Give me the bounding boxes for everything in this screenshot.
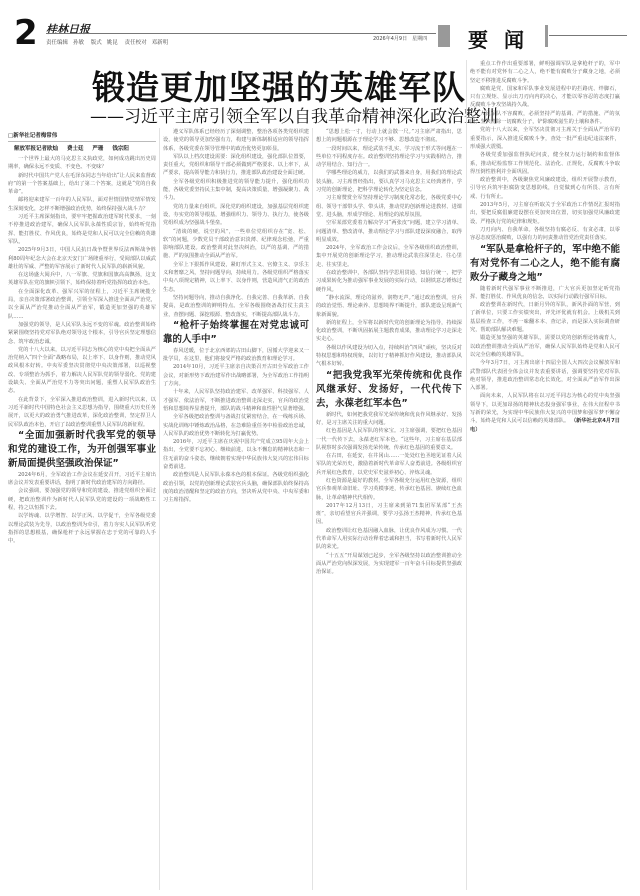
- paragraph: 在古田，在延安，在井冈山……一处处红色圣地见证着人民军队的光荣历史，激励着新时代…: [316, 452, 462, 477]
- paragraph: 政治整训中，各级聚焦党风廉政建设，组织开展警示教育，引导官兵筑牢拒腐防变思想防线…: [470, 176, 620, 201]
- paragraph: 2016年，习近平主席在庆祝中国共产党成立95周年大会上指出，全党要不忘初心、继…: [163, 438, 309, 471]
- paragraph: 遵义军队体系已经经历了深刻调整，整治各项各类党组织建设，使党的领导更加坚强有力，…: [163, 128, 309, 153]
- paragraph: 党的十八大以来，以习近平同志为核心的党中央把全面从严治党纳入“四个全面”战略布局…: [8, 346, 156, 396]
- byline-agency: □新华社记者梅常伟: [8, 131, 57, 139]
- paragraph: 十年来，人民军队坚持政治建军、改革强军、科技强军、人才强军、依法治军，不断推进政…: [163, 388, 309, 413]
- paragraph: 随着新时代强军事业不断推进，广大官兵更加坚定听党指挥、能打胜仗、作风优良的信念，…: [470, 285, 620, 302]
- paragraph: 党的十八大以来，全军坚决贯彻习主席关于全面从严治军的重要指示，深入推进反腐败斗争…: [470, 126, 620, 151]
- paragraph: 红色基因是人民军队的传家宝。习主席强调，要把红色基因一代一代传下去，永葆老红军本…: [316, 427, 462, 452]
- article-column-2: 遵义军队体系已经经历了深刻调整，整治各项各类党组织建设，使党的领导更加坚强有力，…: [163, 128, 309, 890]
- paragraph: 习近平主席深刻指出，要牢牢把握政治建军时代要求，一刻不停推进政治建军，确保人民军…: [8, 213, 156, 246]
- article-subheadline: ——习近平主席引领全军以自我革命精神深化政治整训: [90, 102, 498, 127]
- section-subheading: “全面加强新时代我军党的领导和党的建设工作，为开创强军事业新局面提供坚强政治保证…: [8, 429, 156, 471]
- paragraph: 新的征程上，全军将以新时代党的创新理论为指导，持续深化政治整训，不断巩固拓展主题…: [316, 319, 462, 344]
- paragraph: 全军上下狠抓作风建设，紧盯形式主义、官僚主义、享乐主义和奢靡之风，坚持问题导向，…: [163, 261, 309, 294]
- paragraph: 坚持问题导向，推动自我净化、自我完善、自我革新、自我提高，是政治整训的鲜明特点。…: [163, 294, 309, 319]
- staff-name: 邓新明: [152, 40, 169, 46]
- paragraph: 会议强调，要加强党的领导和党的建设，推进党组织全面过硬，把政治整训作为新时代人民…: [8, 487, 156, 512]
- staff-role: 责任编辑: [46, 40, 68, 46]
- paragraph: 新时代，如何把我党我军光荣传统和优良作风继承好、发扬好，是习主席关注的重大问题。: [316, 411, 462, 428]
- paragraph: 政治整训是人民军队永葆本色的根本保证。各级党组织强化政治引领，以党的创新理论武装…: [163, 471, 309, 504]
- paragraph: 各级党委加强监督执纪问责，健全权力运行制约和监督体系，推动纪检监察工作规范化、法…: [470, 151, 620, 176]
- byline-rule: [8, 141, 156, 142]
- paragraph: 以学铸魂、以学增智、以学正风、以学促干，全军各级党委以理论武装为先导，以政治整训…: [8, 512, 156, 545]
- header-rule: [46, 33, 436, 34]
- article-column-3: “思想上松一寸，行动上就会散一尺。”习主席严肃指出，思想上的问题根源在于理论学习…: [316, 128, 462, 890]
- column-divider: [466, 60, 467, 890]
- page-number: 2: [14, 18, 38, 48]
- paragraph: 一个世界上最大的马克思主义执政党，如何成功跳出历史周期率，确保永远不变质、不变色…: [8, 155, 156, 172]
- paragraph: 锻造更加坚强的英雄军队，需要以党的创新理论铸魂育人，以政治整训推动全面从严治军，…: [470, 334, 620, 359]
- newspaper-logo: 桂林日报: [46, 21, 90, 37]
- section-marker-right: [545, 25, 548, 47]
- reporter: 严珊: [92, 146, 103, 152]
- paragraph: “十五五”开局谋划已起步，全军各级坚持以政治整训推动全面从严治党向纵深发展，为实…: [316, 552, 462, 577]
- paragraph: 春风送暖，位于北京西郊的古田山脚下，因循大学迎来又一批学员，在这里，他们将接受严…: [163, 347, 309, 364]
- paragraph: 空军某部党委着力解决学习“两张皮”问题，建立学习清单、问题清单、整改清单，推动理…: [316, 219, 462, 244]
- section-subheading: “军队是拿枪杆子的，军中绝不能有对党怀有二心之人，绝不能有腐败分子藏身之地”: [470, 243, 620, 285]
- paragraph: 面向未来，人民军队将在以习近平同志为核心的党中央坚强领导下，以更加昂扬的精神状态…: [470, 392, 620, 433]
- paragraph: 政治整训让红色基因融入血脉，让优良作风成为习惯。一代代革命军人用实际行动诠释着忠…: [316, 527, 462, 552]
- paragraph: 2025年9月3日，中国人民抗日战争暨世界反法西斯战争胜利80周年纪念大会在北京…: [8, 246, 156, 271]
- paragraph: 红色资源是最好的教材。全军各级充分运用红色资源，组织官兵参观革命旧址、学习英模事…: [316, 477, 462, 502]
- header-rule-right: [549, 35, 627, 36]
- paragraph: 在政治整训中，各部队坚持学思用贯通、知信行统一，把学习成果转化为推动强军事业发展…: [316, 269, 462, 294]
- paragraph: 2017年12月13日，习主席来到第71集团军某部“王杰班”，亲切看望官兵并强调…: [316, 502, 462, 527]
- section-subheading: “枪杆子始终掌握在对党忠诚可靠的人手中”: [163, 319, 309, 347]
- issue-weekday: 星期四: [412, 36, 427, 42]
- paragraph: 加强党的领导，是人民军队永远不变的军魂。政治整训始终紧紧围绕坚持党对军队绝对领导…: [8, 321, 156, 346]
- paragraph: 一段时间以来，理论武装不扎实、学习流于形式等问题在一些单位不同程度存在。政治整训…: [316, 145, 462, 170]
- paragraph: “清谈的硬，说空的风”，一些单位党组织存在“宽、松、软”的问题，少数党员干部政治…: [163, 228, 309, 261]
- paragraph: 在此背景下，全军深入推进政治整训，进入新时代以来，以习近平新时代中国特色社会主义…: [8, 396, 156, 429]
- staff-name: 姚昆: [107, 40, 118, 46]
- reporter: 费士廷: [67, 146, 84, 152]
- paragraph: 刀刃向内、自我革命。各级坚持有腐必反、有贪必肃，以零容忍态度惩治腐败，以强有力的…: [470, 226, 620, 243]
- paragraph: 党的力量来自组织。深化党的组织建设，加强基层党组织建设，夯实党的领导根基，增强组…: [163, 203, 309, 228]
- paragraph: 各级以作风建设为切入点，持续纠治“四风”顽疾，坚决反对特权思想和特权现象，以钉钉…: [316, 344, 462, 369]
- staff-role: 责任校对: [125, 40, 147, 46]
- paragraph: 新时代中国共产党人在毛泽东同志当年给出“让人民来监督政府”的第一个答案基础上，给…: [8, 172, 156, 197]
- paragraph: “静水流深，理论的滋养，润物无声。”通过政治整训，官兵的政治觉悟、理论素养、思想…: [316, 294, 462, 319]
- paragraph: 2013年5月，习主席在听取关于全军政治工作情况汇报时指出，要把反腐倡廉建设摆在…: [470, 201, 620, 226]
- paragraph: 邮将迎来建军一百年的人民军队，面对世情国情党情军情发生深刻变化，怎样不断增强政治…: [8, 196, 156, 213]
- paragraph: 全军各级党组织积极推进党的领导能力提升，强化组织功能，各级党委坚持民主集中制，提…: [163, 178, 309, 203]
- paragraph: 全军各级把政治整训与备战打仗紧密结合，在一线练兵场、实战化训练中锤炼政治品格，在…: [163, 413, 309, 438]
- column-divider: [312, 128, 313, 890]
- section-title: 要闻: [468, 24, 540, 53]
- staff-role: 版式: [91, 40, 102, 46]
- paragraph: 重点工作作出重要部署，鲜明强调军队是拿枪杆子的，军中绝不能有对党怀有二心之人，绝…: [470, 60, 620, 85]
- paragraph: 在全面深化改革、强军兴军的征程上，习近平主席统揽全局，亲自决策部署政治整训，引领…: [8, 288, 156, 321]
- section-marker-left: [438, 25, 450, 47]
- byline-reporters: 解放军报记者欧灿 费士廷 严珊 钱宗阳: [14, 144, 136, 152]
- column-divider: [159, 128, 160, 890]
- reporter: 解放军报记者欧灿: [14, 146, 58, 152]
- section-subheading: “把我党我军光荣传统和优良作风继承好、发扬好，一代代传下去，永葆老红军本色”: [316, 369, 462, 411]
- paragraph: 2024年6月，全军政治工作会议在延安召开，习近平主席出席会议并发表重要讲话，指…: [8, 471, 156, 488]
- paragraph: 军队以上档次建设需要：深化组织建设，强化部队位置要，责任重大，党组织和领导干部必…: [163, 153, 309, 178]
- paragraph: “思想上松一寸，行动上就会散一尺。”习主席严肃指出，思想上的问题根源在于理论学习…: [316, 128, 462, 145]
- paragraph: 人民军队不容腐败，必须坚持严的基调、严的措施、严的氛围，坚决清除一切腐败分子，铲…: [470, 110, 620, 127]
- paragraph: 学哪些理论的威力，以我们的武器来自身，用我们的理论武装头脑。习主席曾经指出，要认…: [316, 169, 462, 194]
- paragraph: 2024年，全军政治工作会议后，全军各级组织政治整训，集中开展党的创新理论学习，…: [316, 244, 462, 269]
- paragraph: 在这场盛大阅兵中，八一军旗、党旗和国旗高高飘扬，这支英雄军队在党的旗帜引领下，始…: [8, 271, 156, 288]
- article-column-4: 重点工作作出重要部署，鲜明强调军队是拿枪杆子的，军中绝不能有对党怀有二心之人，绝…: [470, 60, 620, 890]
- newspaper-page: 2 桂林日报 责任编辑孙敏 版式姚昆 责任校对邓新明 2026年4月9日星期四 …: [0, 0, 640, 896]
- issue-date: 2026年4月9日: [373, 36, 407, 42]
- paragraph: 习主席赞赏全军坚持理论学习制度化常态化，各级党委中心组、领导干部带头学、带头讲，…: [316, 194, 462, 219]
- paragraph: 腐败是党、国家和军队事业发展进程中的拦路虎、绊脚石，只有立规矩、显示出刀刃向内的…: [470, 85, 620, 110]
- page-header: 2 桂林日报 责任编辑孙敏 版式姚昆 责任校对邓新明 2026年4月9日星期四 …: [0, 0, 640, 48]
- dateline: 2026年4月9日星期四: [373, 35, 432, 42]
- paragraph: 政治整训在新时代，日新月异的军队，新风扑面的军营，到了新单位，只要工作实绩突出，…: [470, 301, 620, 334]
- paragraph: 今年3月7日，习主席出席十四届全国人大四次会议解放军和武警部队代表团全体会议并发…: [470, 359, 620, 392]
- paragraph: 2014年10月，习近平主席亲自决策召开古田全军政治工作会议，对新形势下政治建军…: [163, 363, 309, 388]
- article-column-1: 一个世界上最大的马克思主义执政党，如何成功跳出历史周期率，确保永远不变质、不变色…: [8, 155, 156, 890]
- staff-name: 孙敏: [73, 40, 84, 46]
- reporter: 钱宗阳: [112, 146, 129, 152]
- staff-credits: 责任编辑孙敏 版式姚昆 责任校对邓新明: [46, 38, 173, 46]
